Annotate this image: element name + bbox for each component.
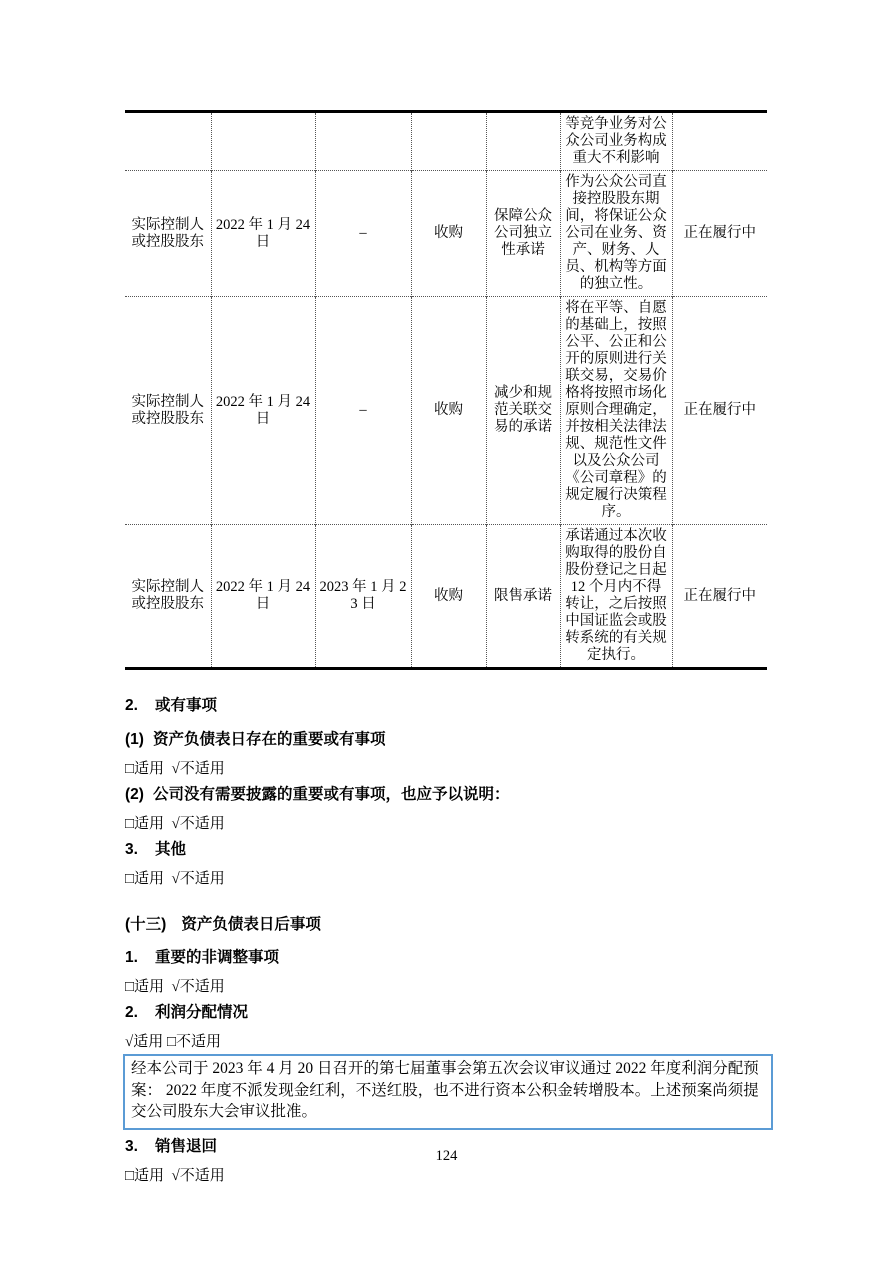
heading-number: 2. xyxy=(125,1003,138,1022)
table-row: 实际控制人或控股股东 2022 年 1 月 24 日 – 收购 保障公众公司独立… xyxy=(125,171,767,297)
table-cell: 正在履行中 xyxy=(672,525,767,669)
section-heading-profit-distribution: 2.利润分配情况 xyxy=(125,1003,775,1022)
section-heading-contingency-1: (1)资产负债表日存在的重要或有事项 xyxy=(125,730,775,749)
heading-number: 2. xyxy=(125,696,138,715)
table-cell: 保障公众公司独立性承诺 xyxy=(486,171,560,297)
section-heading-contingency: 2.或有事项 xyxy=(125,696,775,715)
table-cell xyxy=(672,112,767,171)
heading-number: 3. xyxy=(125,840,138,859)
table-cell: 实际控制人或控股股东 xyxy=(125,525,211,669)
table-cell: 正在履行中 xyxy=(672,297,767,525)
heading-title: 资产负债表日后事项 xyxy=(181,916,321,933)
heading-title: 利润分配情况 xyxy=(155,1004,248,1021)
table-cell: – xyxy=(315,297,411,525)
table-cell: 2022 年 1 月 24 日 xyxy=(211,171,315,297)
table-cell xyxy=(211,112,315,171)
table-row-continued: 等竞争业务对公众公司业务构成重大不利影响 xyxy=(125,112,767,171)
applicability-check: □适用 √不适用 xyxy=(125,1167,775,1186)
table-cell: 2023 年 1 月 23 日 xyxy=(315,525,411,669)
table-cell: 实际控制人或控股股东 xyxy=(125,297,211,525)
applicability-check: □适用 √不适用 xyxy=(125,815,775,834)
table-cell: 正在履行中 xyxy=(672,171,767,297)
table-cell: 实际控制人或控股股东 xyxy=(125,171,211,297)
table-cell: 2022 年 1 月 24 日 xyxy=(211,297,315,525)
section-heading-contingency-2: (2)公司没有需要披露的重要或有事项，也应予以说明： xyxy=(125,785,775,804)
applicability-check-applicable: √适用 □不适用 xyxy=(125,1033,775,1052)
heading-title: 或有事项 xyxy=(155,697,217,714)
page-content: 等竞争业务对公众公司业务构成重大不利影响 实际控制人或控股股东 2022 年 1… xyxy=(125,110,775,1186)
section-heading-other: 3.其他 xyxy=(125,840,775,859)
table-row: 实际控制人或控股股东 2022 年 1 月 24 日 2023 年 1 月 23… xyxy=(125,525,767,669)
heading-title: 重要的非调整事项 xyxy=(155,949,279,966)
commitments-table: 等竞争业务对公众公司业务构成重大不利影响 实际控制人或控股股东 2022 年 1… xyxy=(125,110,767,670)
table-cell: 限售承诺 xyxy=(486,525,560,669)
document-page: 等竞争业务对公众公司业务构成重大不利影响 实际控制人或控股股东 2022 年 1… xyxy=(0,0,893,1262)
table-cell xyxy=(411,112,486,171)
table-cell: 2022 年 1 月 24 日 xyxy=(211,525,315,669)
heading-title: 其他 xyxy=(155,841,186,858)
heading-title: 公司没有需要披露的重要或有事项，也应予以说明： xyxy=(153,786,510,803)
table-cell: 等竞争业务对公众公司业务构成重大不利影响 xyxy=(560,112,672,171)
table-cell: 作为公众公司直接控股股东期间，将保证公众公司在业务、资产、财务、人员、机构等方面… xyxy=(560,171,672,297)
table-cell xyxy=(315,112,411,171)
table-cell xyxy=(486,112,560,171)
table-cell: – xyxy=(315,171,411,297)
table-cell: 收购 xyxy=(411,171,486,297)
table-cell: 将在平等、自愿的基础上，按照公平、公正和公开的原则进行关联交易，交易价格将按照市… xyxy=(560,297,672,525)
applicability-check: □适用 √不适用 xyxy=(125,760,775,779)
profit-distribution-note-box: 经本公司于 2023 年 4 月 20 日召开的第七届董事会第五次会议审议通过 … xyxy=(123,1054,773,1130)
table-cell: 收购 xyxy=(411,297,486,525)
table-cell: 减少和规范关联交易的承诺 xyxy=(486,297,560,525)
applicability-check: □适用 √不适用 xyxy=(125,978,775,997)
heading-number: (十三) xyxy=(125,915,166,934)
table-cell: 收购 xyxy=(411,525,486,669)
section-heading-non-adjusting: 1.重要的非调整事项 xyxy=(125,948,775,967)
table-cell xyxy=(125,112,211,171)
applicability-check: □适用 √不适用 xyxy=(125,870,775,889)
table-row: 实际控制人或控股股东 2022 年 1 月 24 日 – 收购 减少和规范关联交… xyxy=(125,297,767,525)
heading-title: 资产负债表日存在的重要或有事项 xyxy=(153,731,386,748)
heading-number: (2) xyxy=(125,785,144,804)
page-number: 124 xyxy=(0,1148,893,1165)
section-heading-post-balance-sheet: (十三)资产负债表日后事项 xyxy=(125,915,775,934)
table-cell: 承诺通过本次收购取得的股份自股份登记之日起 12 个月内不得转让，之后按照中国证… xyxy=(560,525,672,669)
heading-number: 1. xyxy=(125,948,138,967)
heading-number: (1) xyxy=(125,730,144,749)
